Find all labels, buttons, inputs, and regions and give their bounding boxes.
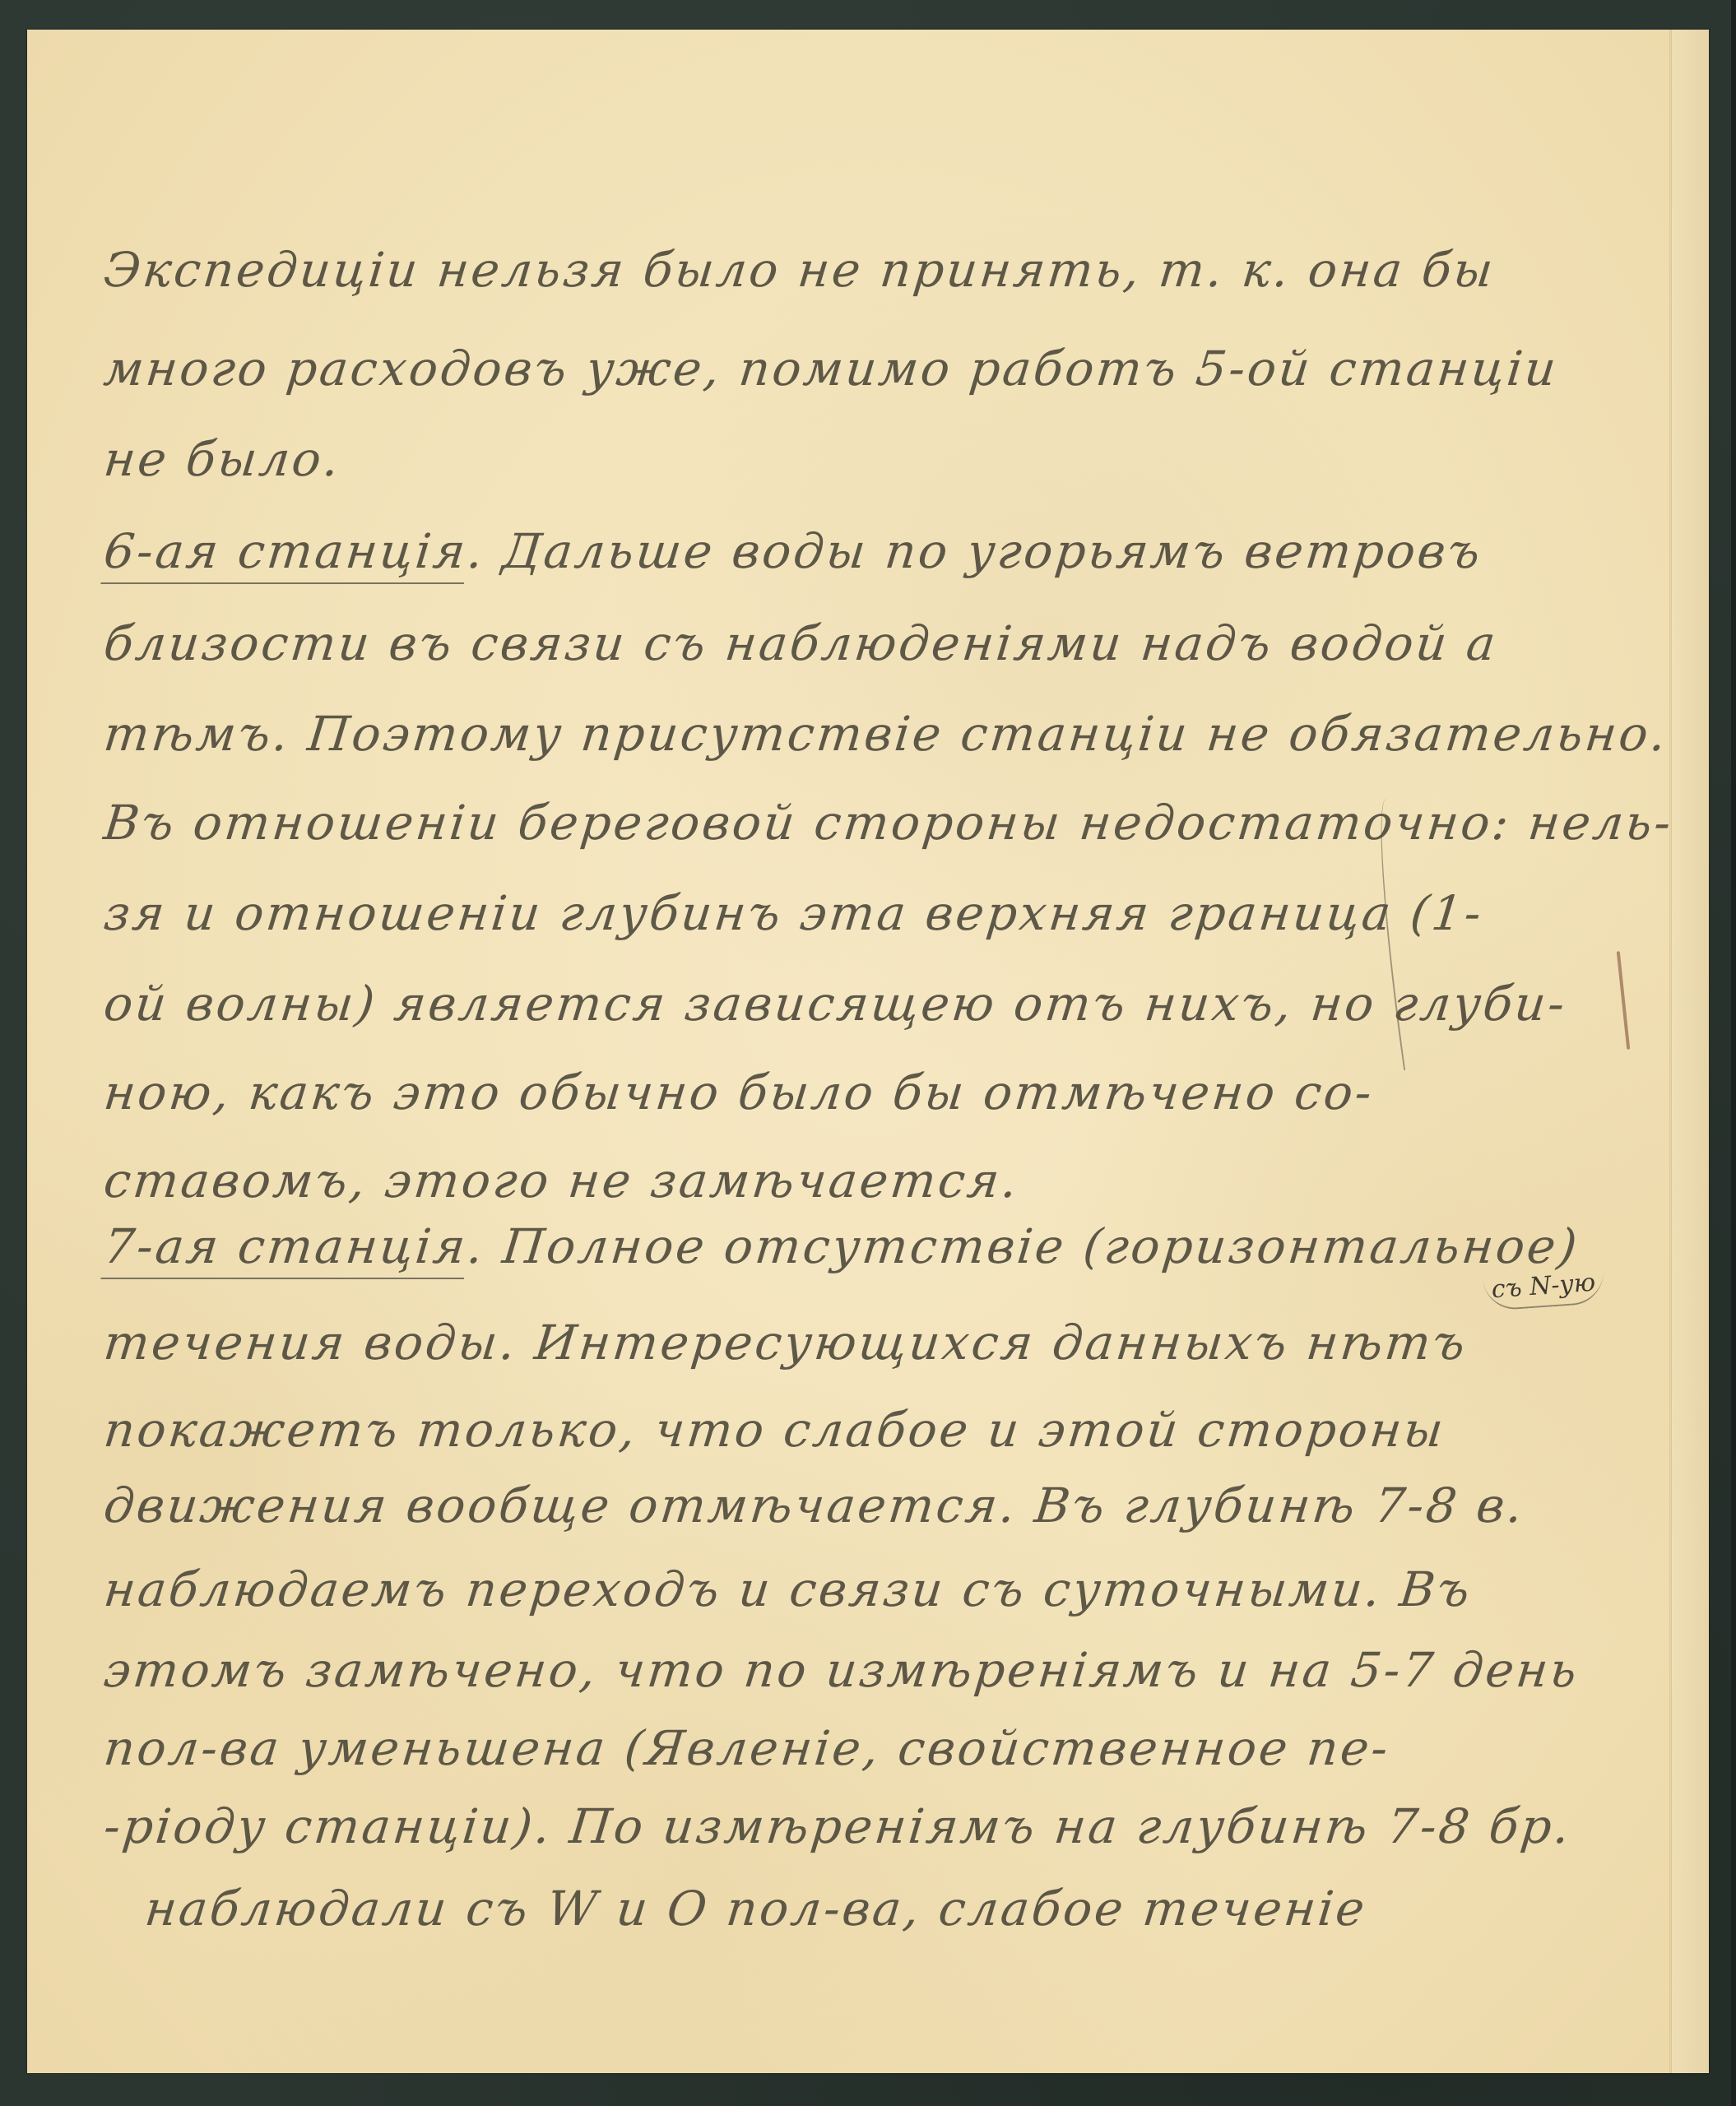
- text-line: течения воды. Интересующихся данныхъ нѣт…: [101, 1315, 1470, 1371]
- text-line: пол-ва уменьшена (Явленіе, свойственное …: [101, 1720, 1393, 1776]
- section-heading-6: 6-ая станція: [101, 523, 471, 579]
- text-line: наблюдаемъ переходъ и связи съ суточными…: [101, 1561, 1474, 1617]
- section-7-line: 7-ая станція. Полное отсутствіе (горизон…: [101, 1218, 1582, 1274]
- text-line: близости въ связи съ наблюденіями надъ в…: [101, 615, 1501, 671]
- text-fragment: . Дальше воды по угорьямъ ветровъ: [465, 523, 1485, 579]
- text-line: Экспедиціи нельзя было не принять, т. к.…: [101, 242, 1498, 298]
- text-line: Въ отношеніи береговой стороны недостато…: [101, 795, 1676, 851]
- text-line: не было.: [101, 431, 344, 487]
- text-line: этомъ замѣчено, что по измѣреніямъ и на …: [101, 1642, 1582, 1698]
- text-line: ставомъ, этого не замѣчается.: [101, 1153, 1022, 1208]
- text-line: -ріоду станціи). По измѣреніямъ на глуби…: [101, 1798, 1575, 1854]
- manuscript-page: Экспедиціи нельзя было не принять, т. к.…: [27, 30, 1709, 2073]
- manuscript-text: Экспедиціи нельзя было не принять, т. к.…: [27, 30, 1709, 2073]
- text-fragment: . Полное отсутствіе (горизонтальное): [465, 1218, 1582, 1274]
- section-6-line: 6-ая станція. Дальше воды по угорьямъ ве…: [101, 523, 1485, 579]
- section-heading-7: 7-ая станція: [101, 1218, 471, 1274]
- text-line: ною, какъ это обычно было бы отмѣчено со…: [101, 1065, 1376, 1120]
- text-line: тѣмъ. Поэтому присутствіе станціи не обя…: [101, 706, 1671, 762]
- text-line: наблюдали съ W и O пол-ва, слабое течені…: [142, 1881, 1370, 1937]
- text-line: ой волны) является зависящею отъ нихъ, н…: [101, 976, 1570, 1032]
- text-line: много расходовъ уже, помимо работъ 5-ой …: [101, 341, 1561, 397]
- text-line: движения вообще отмѣчается. Въ глубинѣ 7…: [101, 1477, 1528, 1533]
- scan-edge: [1731, 0, 1736, 2106]
- text-line: покажетъ только, что слабое и этой сторо…: [101, 1402, 1448, 1458]
- text-line: зя и отношеніи глубинъ эта верхняя грани…: [101, 885, 1486, 941]
